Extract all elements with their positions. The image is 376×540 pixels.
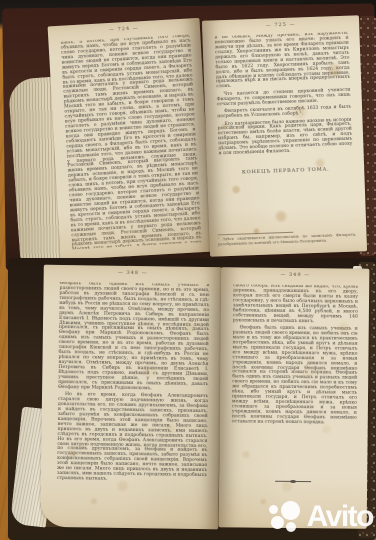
top-book: — 724 — шихъ, а потомъ, при случайныхъ т… bbox=[4, 6, 376, 268]
volume-end-heading: КОНЕЦЪ ПЕРВАГО ТОМА. bbox=[207, 165, 364, 176]
paragraph: Ѳеофанъ былъ одинъ изъ самыхъ ученыхъ и … bbox=[232, 326, 358, 426]
top-book-left-page: — 724 — шихъ, а потомъ, при случайныхъ т… bbox=[48, 18, 213, 260]
chapter-end-dinkus bbox=[275, 480, 311, 483]
page-text: и не обманъ. Между прочимъ, изъ наружнос… bbox=[214, 32, 352, 155]
bottom-book: — 348 — Ѳеофанъ былъ однимъ изъ самыхъ у… bbox=[8, 258, 376, 540]
paragraph: своего собора. Изъ свѣдѣній же видно, чт… bbox=[233, 284, 358, 325]
page-number: — 349 — bbox=[221, 267, 369, 283]
footnote: ¹ Здѣсь оканчивается жизнеописаніе по за… bbox=[217, 230, 356, 247]
paragraph: шихъ, а потомъ, при случайныхъ того гово… bbox=[60, 34, 201, 249]
paragraph: Его патріаршество было важною эпохою въ … bbox=[217, 118, 352, 154]
page-text: Ѳеофанъ былъ однимъ изъ самыхъ ученыхъ и… bbox=[56, 282, 209, 516]
page-text: своего собора. Изъ свѣдѣній же видно, чт… bbox=[231, 284, 358, 463]
page-number: — 348 — bbox=[44, 265, 222, 281]
page-text: шихъ, а потомъ, при случайныхъ того гово… bbox=[60, 34, 201, 249]
bottom-book-right-page: — 349 — своего собора. Изъ свѣдѣній же в… bbox=[219, 267, 370, 529]
top-book-right-page: — 725 — и не обманъ. Между прочимъ, изъ … bbox=[202, 15, 367, 256]
paragraph: Ѳеофанъ былъ однимъ изъ самыхъ ученыхъ и… bbox=[58, 282, 210, 393]
photo-stage: — 724 — шихъ, а потомъ, при случайныхъ т… bbox=[0, 0, 376, 540]
paragraph: и не обманъ. Между прочимъ, изъ наружнос… bbox=[214, 32, 350, 91]
paragraph: Но въ его время, когда Ѳеофанъ Александр… bbox=[57, 393, 208, 484]
bottom-book-left-page: — 348 — Ѳеофанъ былъ однимъ изъ самыхъ у… bbox=[40, 265, 222, 529]
dinkus-diamond bbox=[290, 480, 296, 483]
